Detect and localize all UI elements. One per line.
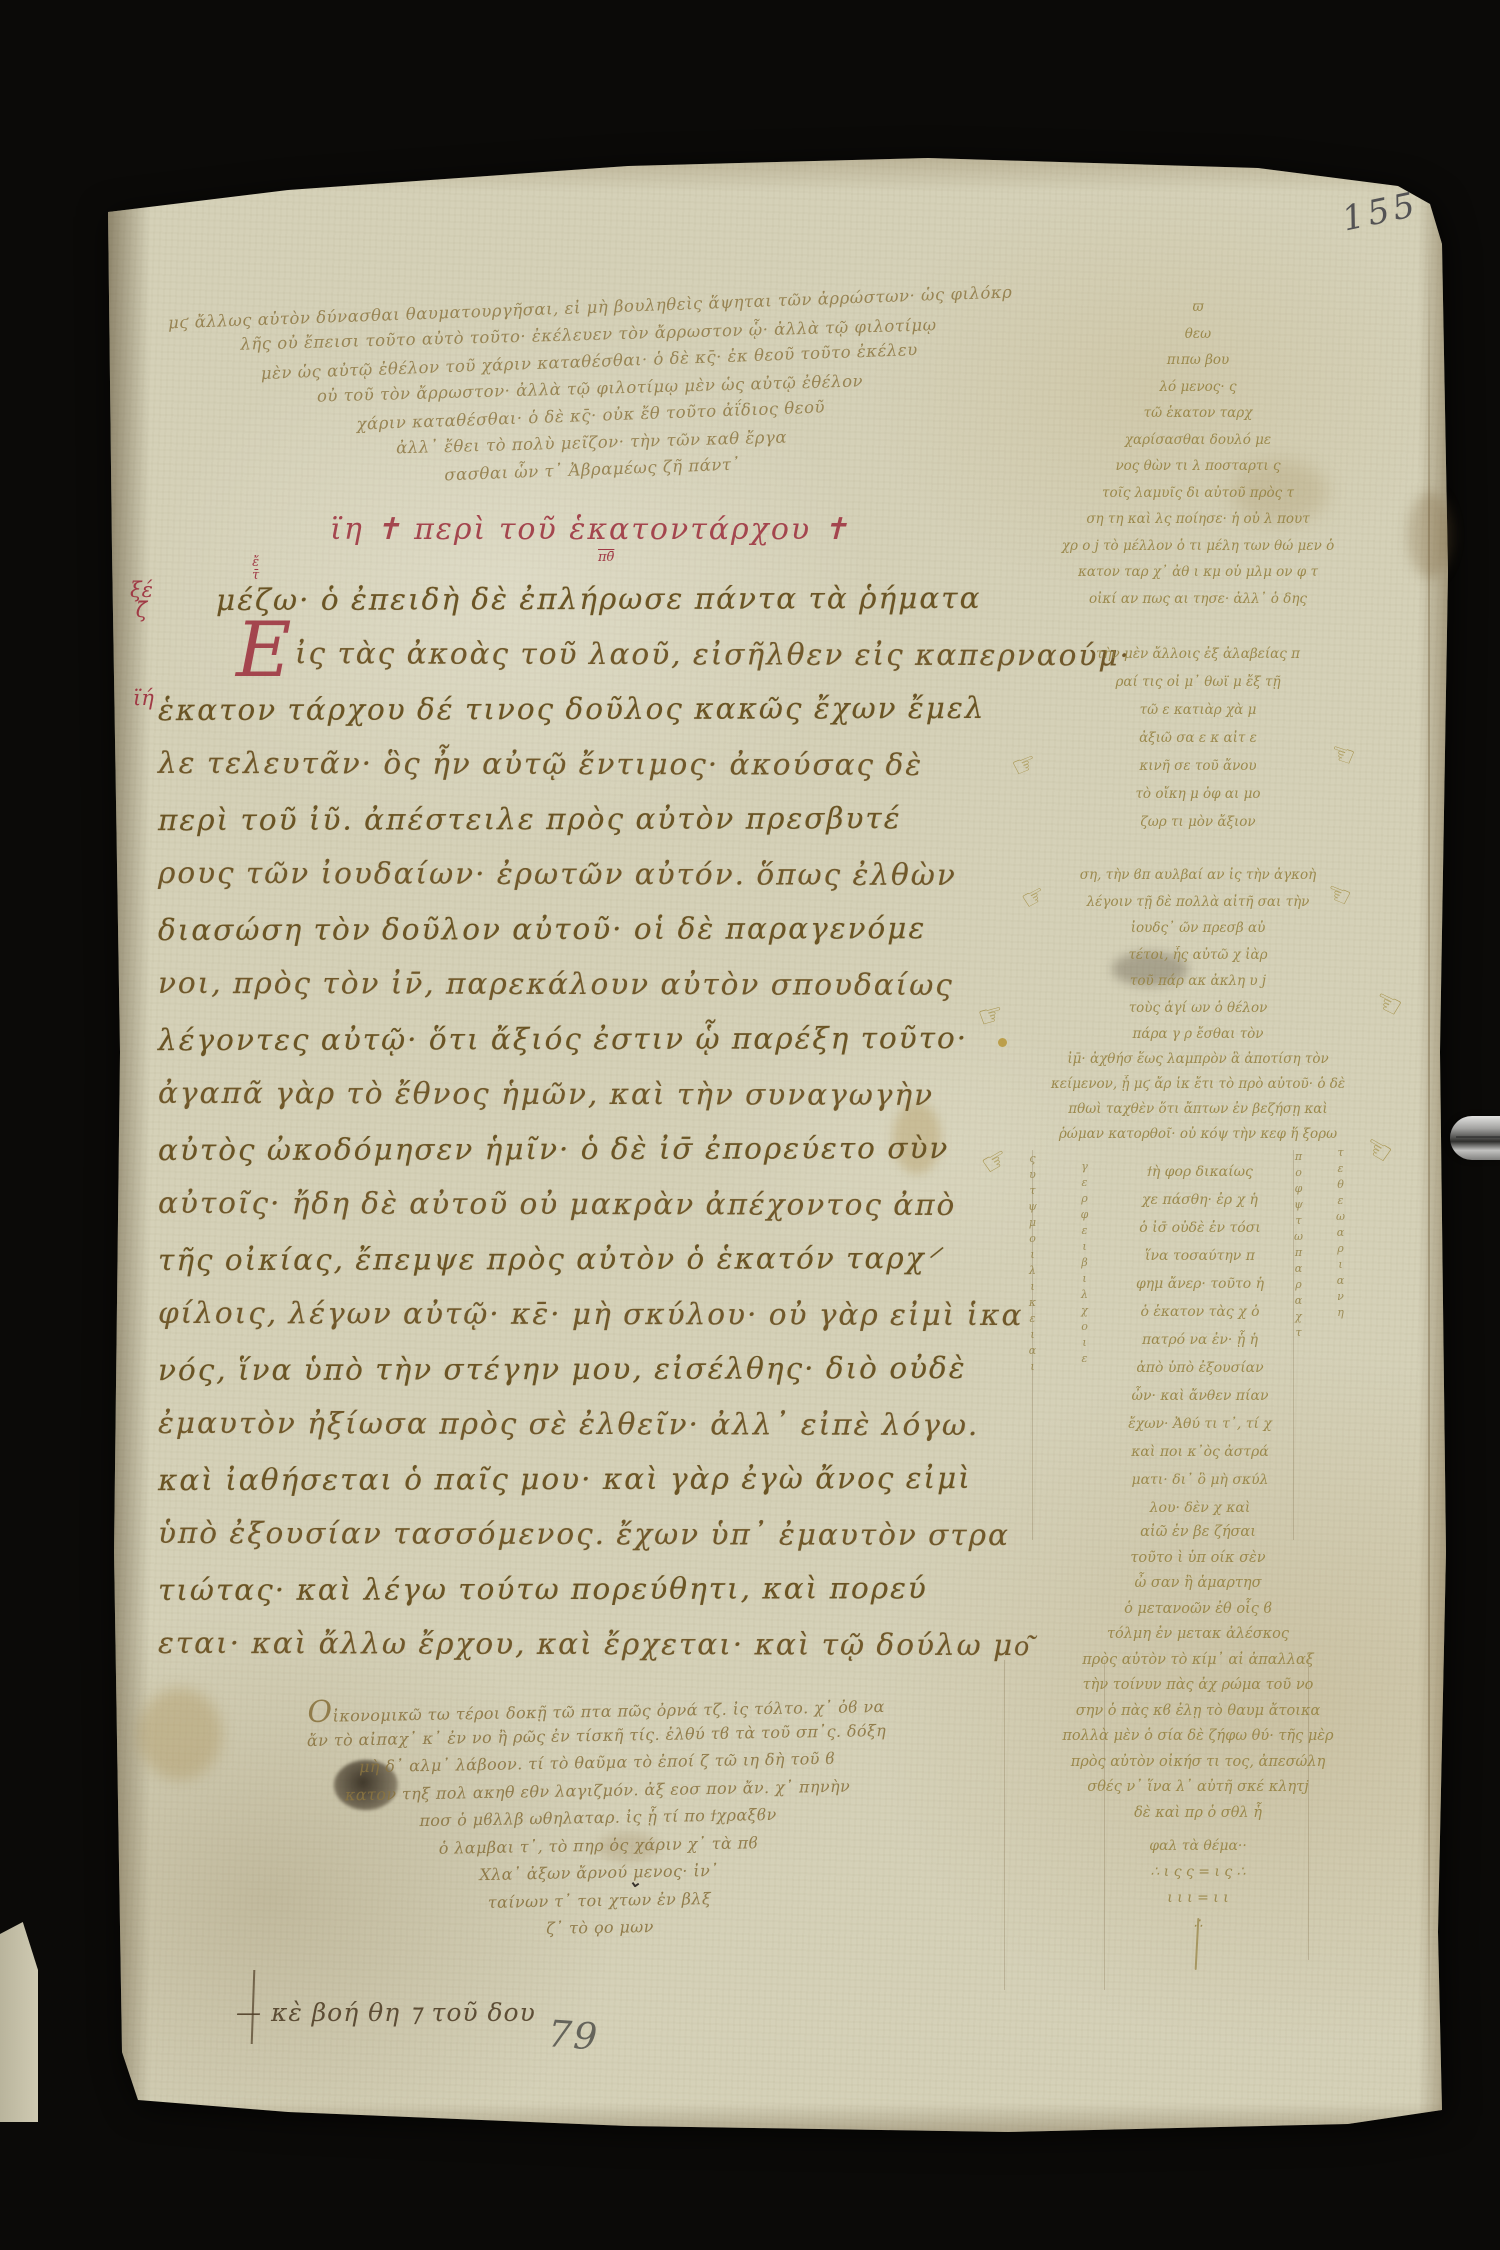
bottom-scholion: Οἰκονομικῶ τω τέροι δοκῇ τῶ πτα πῶς ὀρνά… <box>178 1687 1018 1949</box>
gospel-text-line: ἑκατον τάρχου δέ τινος δοῦλος κακῶς ἔχων… <box>158 681 1018 738</box>
commentary-line: ζωρ τι μὸν ἄξιον <box>1000 808 1396 836</box>
commentary-line: ∴ ι ς ς = ι ς ∴ <box>1000 1859 1396 1885</box>
commentary-line: λό μενος· ς <box>1000 374 1396 401</box>
commentary-line: πρὸς αὐτὸν οἰκήσ τι τος, ἀπεσώλη <box>1000 1750 1396 1776</box>
commentary-line: κατον ταρ χ᾽ ἀθ ι κμ οὑ μλμ ον φ τ <box>1000 559 1396 586</box>
commentary-funnel-top: ϖθεωπιπω βουλό μενος· ςτῶ ἑκατον ταρχχαρ… <box>1000 294 1396 612</box>
commentary-line: ϯὴ φορ δικαίως <box>1090 1158 1310 1186</box>
rubric-title: ϊη ✝ περὶ τοῦ ἑκατοντάρχου ✝ <box>330 512 850 547</box>
commentary-line: χαρίσασθαι δουλό με <box>1000 427 1396 454</box>
commentary-line: ἰουδς᾽ ῶν πρεσβ αὐ <box>1000 915 1396 942</box>
gospel-text-line: νός, ἵνα ὑπὸ τὴν στέγην μου, εἰσέλθης· δ… <box>158 1341 1018 1398</box>
commentary-line: τοῦτο ὶ ὑπ οίκ σὲν <box>1000 1546 1396 1572</box>
commentary-line: πολλὰ μὲν ὁ σία δὲ ζήφω θύ· τῆς μὲρ <box>1000 1724 1396 1750</box>
commentary-line: ὁ ἰσ̄ οὐδὲ ἐν τόσι <box>1090 1214 1310 1242</box>
gospel-text-line: ὑπὸ ἐξουσίαν τασσόμενος. ἔχων ὑπ᾽ ἐμαυτὸ… <box>158 1506 1018 1563</box>
commentary-line: φημ ἄνερ· τοῦτο ἡ <box>1090 1270 1310 1298</box>
commentary-line: αἰῶ ἐν βε ζήσαι <box>1000 1520 1396 1546</box>
commentary-line: θεω <box>1000 321 1396 348</box>
commentary-line: δὲ καὶ πρ ὁ σθλ ἧ <box>1000 1801 1396 1827</box>
commentary-line: ὁ ἑκατον τὰς χ ὁ <box>1090 1298 1310 1326</box>
commentary-line: ση τη καὶ λς ποίησε· ἡ οὐ λ πουτ <box>1000 506 1396 533</box>
commentary-line: πθωὶ ταχθὲν ὅτι ἄπτων ἐν βεζήσῃ καὶ <box>1000 1097 1396 1122</box>
commentary-line: σθές ν᾽ ἵνα λ᾽ αὐτῆ σκέ κλητϳ <box>1000 1775 1396 1801</box>
ammonian-section-mark: πθ̄ <box>598 550 614 565</box>
gospel-text-line: λέγοντες αὐτῷ· ὅτι ἄξιός ἐστιν ᾧ παρέξη … <box>158 1011 1018 1068</box>
vertical-marginal-text: ποφψτωπαραχτ <box>1292 1150 1305 1310</box>
gospel-text-line: ρους τῶν ἰουδαίων· ἐρωτῶν αὐτόν. ὅπως ἐλ… <box>158 846 1018 903</box>
commentary-line: τόλμη ἐν μετακ ἀλέσκος <box>1000 1622 1396 1648</box>
commentary-line: τοὺς ἁγί ων ὁ θέλον <box>1000 995 1396 1022</box>
bottom-inscription: — κὲ βοή θη ⁊ τοῦ δου <box>236 1998 536 2027</box>
commentary-line: τῶ ἑκατον ταρχ <box>1000 400 1396 427</box>
commentary-line: λου· δὲν χ καὶ <box>1090 1494 1310 1522</box>
gospel-text-line: φίλοις, λέγων αὐτῷ· κε̄· μὴ σκύλου· οὐ γ… <box>158 1286 1018 1343</box>
commentary-line: καὶ ποι κ᾽ὸς ἀστρά <box>1090 1438 1310 1466</box>
commentary-line: ραί τις οἰ μ᾽ θωϊ μ ἔξ τῇ <box>1000 668 1396 696</box>
glass-page-weight <box>1450 1116 1500 1160</box>
commentary-line: ἰμ̄· ἀχθήσ ἕως λαμπρὸν ἃ ἀποτίση τὸν <box>1000 1047 1396 1072</box>
commentary-line: φαλ τὰ θέμα·· <box>1000 1833 1396 1859</box>
commentary-line: τὴν τοίνυν πὰς ἀχ ρώμα τοῦ νο <box>1000 1673 1396 1699</box>
commentary-line: ἔχων· Ἀθύ τι τ᾽, τί χ <box>1090 1410 1310 1438</box>
commentary-line: οἰκί αν πως αι τησε· ἀλλ᾽ ὁ δης <box>1000 586 1396 613</box>
commentary-line: νος θὼν τι λ ποσταρτι ς <box>1000 453 1396 480</box>
commentary-line: ὁ μετανοῶν ἐθ οἷς ϐ <box>1000 1597 1396 1623</box>
commentary-line: τοῖς λαμυῖς δι αὐτοῦ πρὸς τ <box>1000 480 1396 507</box>
commentary-line: χε πάσθη· ἐρ χ ἡ <box>1090 1186 1310 1214</box>
gospel-text-line: ἀγαπᾶ γὰρ τὸ ἔθνος ἡμῶν, καὶ τὴν συναγωγ… <box>158 1066 1018 1123</box>
commentary-funnel-bottom: αἰῶ ἐν βε ζήσαιτοῦτο ὶ ὑπ οίκ σὲνὦ σαν ἢ… <box>1000 1520 1396 1826</box>
page-crease-line <box>1428 230 1430 2080</box>
gospel-text-line: νοι, πρὸς τὸν ἰν̄, παρεκάλουν αὐτὸν σπου… <box>158 956 1018 1013</box>
gospel-text-line: ἰς τὰς ἀκοὰς τοῦ λαοῦ, εἰσῆλθεν εἰς καπε… <box>158 626 1018 683</box>
commentary-line: ϖ <box>1000 294 1396 321</box>
vertical-marginal-text: γερφειβιλχοιε <box>1078 1160 1091 1328</box>
commentary-line: ἵνα τοσαύτην π <box>1090 1242 1310 1270</box>
commentary-line: τὸ οἴκη μ ὀφ αι μο <box>1000 780 1396 808</box>
gospel-text-line: ἐμαυτὸν ἠξίωσα πρὸς σὲ ἐλθεῖν· ἀλλ᾽ εἰπὲ… <box>158 1396 1018 1453</box>
gospel-text-line: διασώση τὸν δοῦλον αὐτοῦ· οἱ δὲ παραγενό… <box>158 901 1018 958</box>
gospel-text-line: εται· καὶ ἄλλω ἔρχου, καὶ ἔρχεται· καὶ τ… <box>158 1616 1018 1673</box>
eusebian-section-numeral: ξέ ζ̄ <box>130 580 153 620</box>
commentary-line: πατρό να ἐν· ᾗ ἡ <box>1090 1326 1310 1354</box>
commentary-line: ὦ σαν ἢ ἁμαρτησ <box>1000 1571 1396 1597</box>
commentary-line: πιπω βου <box>1000 347 1396 374</box>
gospel-text-line: αὐτὸς ὠκοδόμησεν ἡμῖν· ὁ δὲ ἰσ̄ ἐπορεύετ… <box>158 1121 1018 1178</box>
commentary-line: πρὸς αὐτὸν τὸ κίμ᾽ αἰ ἀπαλλαξ <box>1000 1648 1396 1674</box>
gold-dot-mark <box>998 1038 1007 1047</box>
commentary-wide-block: ἰμ̄· ἀχθήσ ἕως λαμπρὸν ἃ ἀποτίση τὸνκείμ… <box>1000 1047 1396 1147</box>
gospel-text-line: λε τελευτᾶν· ὃς ἦν αὐτῷ ἔντιμος· ἀκούσας… <box>158 736 1018 793</box>
commentary-line: χρ ο ϳ τὸ μέλλον ὁ τι μέλη των θώ μεν ὁ <box>1000 533 1396 560</box>
gospel-text-line: τιώτας· καὶ λέγω τούτω πορεύθητι, καὶ πο… <box>158 1561 1018 1618</box>
commentary-line: τῶ ε κατιὰρ χὰ μ <box>1000 696 1396 724</box>
commentary-line: ῥώμαν κατορθοῖ· οὐ κόψ τὴν κεφ ἥ ξορω <box>1000 1122 1396 1147</box>
vertical-marginal-text: ςυτψμοιλικειαι <box>1026 1152 1039 1332</box>
commentary-line: ἀπὸ ὑπὸ ἐξουσίαν <box>1090 1354 1310 1382</box>
manuscript-photo: ⌄ 155 79 μϛ ἄλλως αὐτὸν δύνασθαι θαυματο… <box>0 0 1500 2250</box>
top-scholion: μϛ ἄλλως αὐτὸν δύνασθαι θαυματουργῆσαι, … <box>168 282 1013 494</box>
commentary-line: ι ι ι = ι ι <box>1000 1885 1396 1911</box>
commentary-line: ματι· δι᾽ ὃ μὴ σκύλ <box>1090 1466 1310 1494</box>
vertical-marginal-text: τεθεωαριανη <box>1334 1146 1347 1314</box>
commentary-line: κείμενον, ᾗ μϛ ἄρ ἱκ ἔτι τὸ πρὸ αὐτοῦ· ὁ… <box>1000 1072 1396 1097</box>
gospel-text-line: αὐτοῖς· ἤδη δὲ αὐτοῦ οὐ μακρὰν ἀπέχοντος… <box>158 1176 1018 1233</box>
commentary-line: ὦν· καὶ ἄνθεν πίαν <box>1090 1382 1310 1410</box>
gospel-text-block: μέζω· ὁ ἐπειδὴ δὲ ἐπλήρωσε πάντα τὰ ῥήμα… <box>158 572 1018 1672</box>
gospel-text-line: τῆς οἰκίας, ἔπεμψε πρὸς αὐτὸν ὁ ἑκατόν τ… <box>158 1231 1018 1288</box>
commentary-line: τὴν μὲν ἄλλοις ἐξ ἀλαβείας π <box>1000 640 1396 668</box>
gospel-text-line: μέζω· ὁ ἐπειδὴ δὲ ἐπλήρωσε πάντα τὰ ῥήμα… <box>158 571 1018 628</box>
page-number: 79 <box>547 2012 601 2058</box>
chapter-numeral: ϊή <box>133 688 154 708</box>
commentary-line: τοῦ πάρ ακ ἀκλη υ ϳ <box>1000 968 1396 995</box>
commentary-line: τέτοι, ἧς αὐτῶ χ ἰὰρ <box>1000 942 1396 969</box>
commentary-line: πάρα γ ρ ἔσθαι τὸν <box>1000 1021 1396 1048</box>
gospel-text-line: καὶ ἰαθήσεται ὁ παῖς μου· καὶ γὰρ ἐγὼ ἄν… <box>158 1451 1018 1508</box>
commentary-line: σην ὁ πὰς κϐ ἐλῃ τὸ θαυμ ἄτοικα <box>1000 1699 1396 1725</box>
commentary-central-column: ϯὴ φορ δικαίωςχε πάσθη· ἐρ χ ἡὁ ἰσ̄ οὐδὲ… <box>1090 1158 1310 1522</box>
gospel-text-line: περὶ τοῦ ἰῦ. ἀπέστειλε πρὸς αὐτὸν πρεσβυ… <box>158 791 1018 848</box>
